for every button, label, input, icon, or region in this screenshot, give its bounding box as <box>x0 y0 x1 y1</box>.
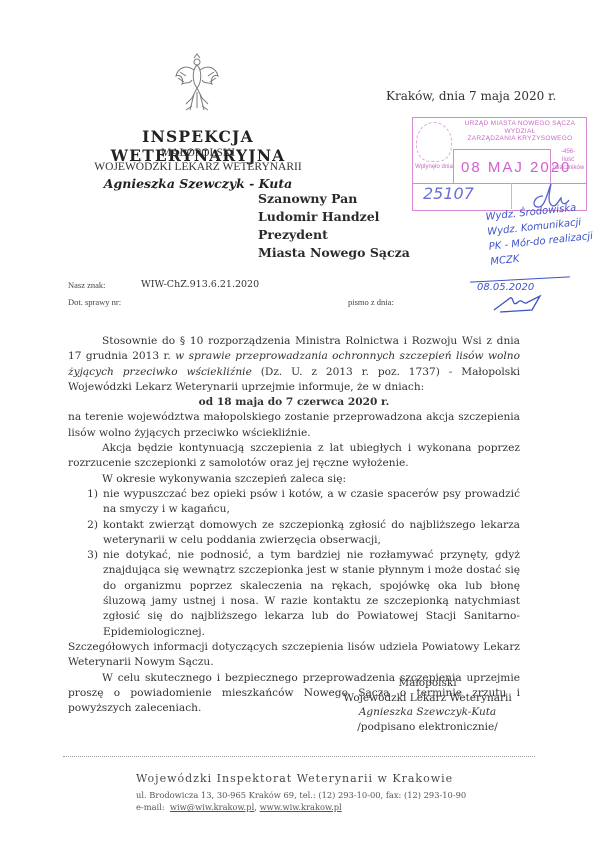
recommendation-item: 1) nie wypuszczać bez opieki psów i kotó… <box>68 487 520 518</box>
letter-body: Stosownie do § 10 rozporządzenia Ministr… <box>68 334 520 716</box>
recommendation-item: 3) nie dotykać, nie podnosić, a tym bard… <box>68 548 520 640</box>
stamp-cell-divider <box>511 183 512 209</box>
paragraph-legal-basis: Stosownie do § 10 rozporządzenia Ministr… <box>68 334 520 395</box>
stamp-entry-label: Wpłynęło dnia <box>415 163 453 171</box>
addressee-title: Prezydent <box>258 226 410 244</box>
list-number: 1) <box>68 487 103 518</box>
handwritten-signature-icon <box>490 292 550 314</box>
receipt-stamp: Wpłynęło dnia URZĄD MIASTA NOWEGO SĄCZA … <box>412 117 587 211</box>
polish-eagle-emblem-icon <box>172 52 222 116</box>
email-label: e-mail: <box>136 802 165 812</box>
list-number: 2) <box>68 518 103 549</box>
recommendation-item: 2) kontakt zwierząt domowych ze szczepio… <box>68 518 520 549</box>
stamp-side-number: -456- <box>551 148 585 156</box>
footer-address: ul. Brodowicza 13, 30-965 Kraków 69, tel… <box>136 790 466 800</box>
signature-name: Agnieszka Szewczyk-Kuta <box>320 705 535 720</box>
addressee-salutation: Szanowny Pan <box>258 190 410 208</box>
paragraph-contact-info: Szczegółowych informacji dotyczących szc… <box>68 640 520 671</box>
stamp-header: URZĄD MIASTA NOWEGO SĄCZA WYDZIAŁ ZARZĄD… <box>455 120 585 143</box>
footer-contact: e-mail: wiw@wiw.krakow.pl, www.wiw.krako… <box>136 802 342 812</box>
subtitle-line-2: WOJEWÓDZKI LEKARZ WETERYNARII <box>62 160 334 174</box>
case-number-label: Dot. sprawy nr: <box>68 297 121 307</box>
letter-date: Kraków, dnia 7 maja 2020 r. <box>386 89 556 103</box>
signature-block: Małopolski Wojewódzki Lekarz Weterynarii… <box>320 676 535 734</box>
paragraph-recommendations-intro: W okresie wykonywania szczepień zaleca s… <box>68 472 520 487</box>
separator: , <box>254 802 257 812</box>
paragraph-action: na terenie województwa małopolskiego zos… <box>68 410 520 441</box>
handwritten-note: Wydz. Środowiska Wydz. Komunikacji PK - … <box>485 198 600 270</box>
website-link[interactable]: www.wiw.krakow.pl <box>260 802 342 812</box>
stamp-header-line-1: URZĄD MIASTA NOWEGO SĄCZA <box>455 120 585 128</box>
subtitle-line-1: MAŁOPOLSKI <box>62 146 334 160</box>
list-text: kontakt zwierząt domowych ze szczepionką… <box>103 518 520 549</box>
our-sign-label: Nasz znak: <box>68 280 106 290</box>
list-number: 3) <box>68 548 103 640</box>
signature-line-2: Wojewódzki Lekarz Weterynarii <box>320 691 535 706</box>
stamp-side-label: Ilość załączników <box>551 156 585 172</box>
addressee-block: Szanowny Pan Ludomir Handzel Prezydent M… <box>258 190 410 262</box>
stamp-header-line-2: WYDZIAŁ <box>455 128 585 136</box>
stamp-crest-icon <box>416 122 452 162</box>
list-text: nie dotykać, nie podnosić, a tym bardzie… <box>103 548 520 640</box>
addressee-name: Ludomir Handzel <box>258 208 410 226</box>
footer-divider <box>63 756 535 757</box>
stamp-header-line-3: ZARZĄDZANIA KRYZYSOWEGO <box>455 135 585 143</box>
signature-line-1: Małopolski <box>320 676 535 691</box>
letterhead-person-name: Agnieszka Szewczyk - Kuta <box>62 176 334 191</box>
addressee-office: Miasta Nowego Sącza <box>258 244 410 262</box>
organization-subtitle: MAŁOPOLSKI WOJEWÓDZKI LEKARZ WETERYNARII <box>62 146 334 174</box>
letter-date-label: pismo z dnia: <box>348 297 394 307</box>
signature-note: /podpisano elektronicznie/ <box>320 720 535 735</box>
stamp-side-info: -456- Ilość załączników <box>551 148 585 172</box>
list-text: nie wypuszczać bez opieki psów i kotów, … <box>103 487 520 518</box>
stamp-registration-number: 25107 <box>423 184 474 203</box>
email-link[interactable]: wiw@wiw.krakow.pl <box>170 802 254 812</box>
footer-institution-name: Wojewódzki Inspektorat Weterynarii w Kra… <box>136 772 453 785</box>
vaccination-dates: od 18 maja do 7 czerwca 2020 r. <box>68 395 520 410</box>
paragraph-method: Akcja będzie kontynuacją szczepienia z l… <box>68 441 520 472</box>
our-sign-value: WIW-ChZ.913.6.21.2020 <box>141 279 259 290</box>
